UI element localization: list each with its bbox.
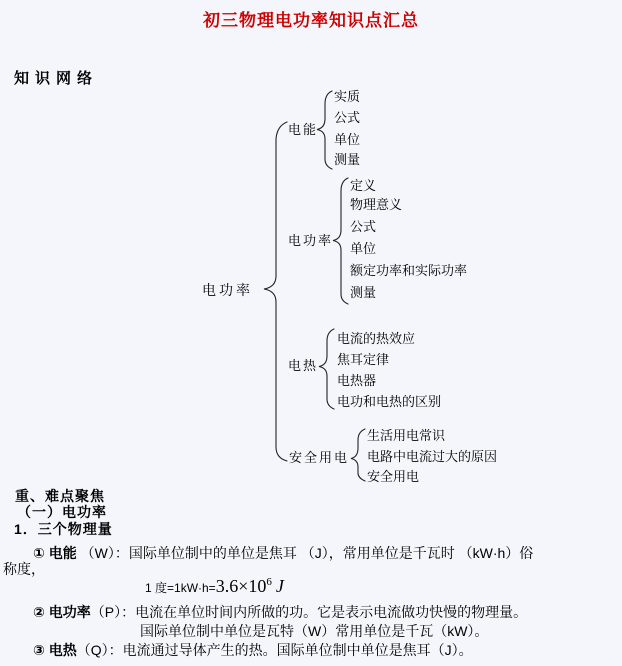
diagram-root-node: 电功率	[202, 282, 253, 298]
diagram-leaf: 焦耳定律	[337, 352, 389, 368]
diagram-leaf: 额定功率和实际功率	[350, 263, 467, 279]
formula-value: 3.6×106J	[216, 576, 284, 597]
diagram-leaf: 安全用电	[367, 469, 419, 485]
branch-1-brace	[317, 91, 332, 169]
focus-list-title: 1．三个物理量	[14, 521, 113, 538]
diagram-branch-label-anquanyongdian: 安全用电	[289, 450, 349, 466]
diagram-leaf: 物理意义	[350, 197, 402, 213]
diagram-leaf: 实质	[334, 89, 360, 105]
diagram-leaf: 电热器	[337, 373, 376, 389]
formula-unit: J	[276, 576, 284, 596]
bullet-item-3-text: （Q）：电流通过导体产生的热。国际单位制中单位是焦耳（J）。	[77, 642, 473, 658]
bullet-item-2-wrap: 国际单位制中单位是瓦特（W）常用单位是千瓦（kW）。	[140, 623, 488, 640]
brace-lines	[0, 0, 622, 500]
bullet-item-1-wrap: 称度，	[3, 561, 45, 578]
diagram-leaf: 电流的热效应	[337, 331, 415, 347]
diagram-leaf: 测量	[350, 285, 376, 301]
focus-heading: 重、难点聚焦	[15, 488, 105, 505]
document-page: 初三物理电功率知识点汇总 知识网络 电功率 电能 电功率 电热 安全用电 实质 …	[0, 0, 622, 666]
diagram-leaf: 公式	[350, 219, 376, 235]
energy-unit-formula: 1 度=1kW·h=3.6×106J	[145, 576, 284, 597]
formula-base: 3.6×10	[216, 576, 267, 596]
diagram-leaf: 测量	[334, 152, 360, 168]
bullet-item-1: ① 电能 （W）：国际单位制中的单位是焦耳 （J），常用单位是千瓦时 （kW·h…	[33, 545, 533, 562]
diagram-leaf: 定义	[350, 178, 376, 194]
bullet-item-2-text: （P）：电流在单位时间内所做的功。它是表示电流做功快慢的物理量。	[91, 604, 527, 620]
bullet-item-1-text: （W）：国际单位制中的单位是焦耳 （J），常用单位是千瓦时 （kW·h）俗	[77, 545, 534, 561]
diagram-leaf: 电路中电流过大的原因	[367, 449, 497, 465]
bullet-item-3: ③ 电热（Q）：电流通过导体产生的热。国际单位制中单位是焦耳（J）。	[33, 642, 473, 659]
bullet-item-1-lead: ① 电能	[33, 545, 77, 561]
root-brace	[264, 122, 287, 461]
diagram-branch-label-diangonglv: 电功率	[288, 233, 333, 249]
diagram-branch-label-dianre: 电热	[288, 358, 318, 374]
diagram-leaf: 单位	[334, 132, 360, 148]
bullet-item-2-lead: ② 电功率	[33, 604, 91, 620]
diagram-leaf: 生活用电常识	[367, 428, 445, 444]
branch-2-brace	[333, 178, 348, 304]
diagram-leaf: 电功和电热的区别	[337, 394, 441, 410]
branch-4-brace	[351, 429, 365, 481]
diagram-leaf: 公式	[334, 110, 360, 126]
formula-exponent: 6	[266, 576, 272, 588]
focus-subheading: （一）电功率	[17, 504, 107, 521]
formula-prefix: 1 度=1kW·h=	[145, 579, 216, 596]
diagram-branch-label-dianneng: 电能	[288, 122, 318, 138]
bullet-item-2: ② 电功率（P）：电流在单位时间内所做的功。它是表示电流做功快慢的物理量。	[33, 604, 527, 621]
branch-3-brace	[319, 329, 334, 409]
diagram-leaf: 单位	[350, 241, 376, 257]
bullet-item-3-lead: ③ 电热	[33, 642, 77, 658]
